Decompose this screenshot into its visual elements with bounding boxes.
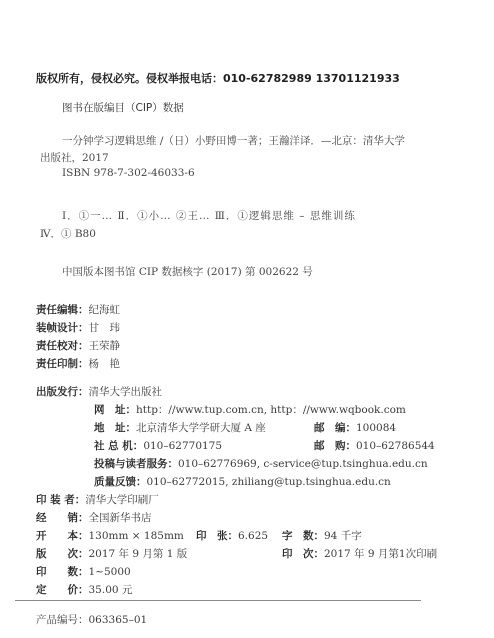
price-label: 定 价： (36, 584, 89, 596)
cip-title: 图书在版编目（CIP）数据 (62, 100, 184, 115)
cip-line-classification: Ⅳ．① B80 (40, 226, 96, 241)
staff-value: 纪海虹 (89, 304, 121, 316)
product-code: 产品编号：063365–01 (36, 612, 147, 627)
staff-label: 责任校对： (36, 340, 89, 352)
words-value: 94 千字 (324, 530, 362, 542)
staff-label: 责任印制： (36, 358, 89, 370)
sheets-row: 印 张：6.625 (196, 528, 268, 543)
print-run-label: 印 数： (36, 566, 89, 578)
switchboard-value: 010–62770175 (143, 440, 222, 452)
publisher-label: 出版发行： (36, 386, 89, 398)
distributor-row: 经 销：全国新华书店 (36, 510, 152, 525)
address-row: 地 址：北京清华大学学研大厦 A 座 (94, 420, 266, 435)
website-link[interactable]: http：//www.tup.com.cn, http：//www.wqbook… (136, 404, 406, 416)
service-value[interactable]: 010–62776969, c-service@tup.tsinghua.edu… (178, 458, 428, 470)
mailorder-value: 010–62786544 (356, 440, 435, 452)
staff-editor: 责任编辑：纪海虹 (36, 302, 120, 317)
feedback-value[interactable]: 010–62772015, zhiliang@tup.tsinghua.edu.… (147, 476, 391, 488)
print-run-value: 1~5000 (89, 566, 131, 578)
edition-value: 2017 年 9 月第 1 版 (89, 548, 188, 560)
cip-line-subjects: Ⅰ．①一… Ⅱ．①小… ②王… Ⅲ．①逻辑思维 – 思维训练 (62, 208, 356, 223)
impression-value: 2017 年 9 月第1次印刷 (324, 548, 437, 560)
copyright-notice: 版权所有，侵权必究。侵权举报电话：010-62782989 1370112193… (36, 70, 400, 86)
format-row: 开 本：130mm × 185mm (36, 528, 184, 543)
staff-proofreader: 责任校对：王荣静 (36, 338, 120, 353)
printer-value: 清华大学印刷厂 (85, 494, 159, 506)
impression-row: 印 次：2017 年 9 月第1次印刷 (282, 546, 437, 561)
staff-value: 杨 艳 (89, 358, 121, 370)
sheets-label: 印 张： (196, 530, 238, 542)
staff-printing-supervisor: 责任印制：杨 艳 (36, 356, 120, 371)
format-label: 开 本： (36, 530, 89, 542)
cip-line-title: 一分钟学习逻辑思维 /（日）小野田博一著；王瀚洋译．—北京：清华大学 (62, 133, 405, 148)
edition-row: 版 次：2017 年 9 月第 1 版 (36, 546, 187, 561)
staff-designer: 装帧设计：甘 玮 (36, 320, 120, 335)
words-label: 字 数： (282, 530, 324, 542)
cip-line-record-number: 中国版本图书馆 CIP 数据核字 (2017) 第 002622 号 (62, 264, 313, 279)
address-value: 北京清华大学学研大厦 A 座 (136, 422, 266, 434)
service-label: 投稿与读者服务： (94, 458, 178, 470)
publisher-value: 清华大学出版社 (89, 386, 163, 398)
cip-line-isbn: ISBN 978-7-302-46033-6 (62, 167, 195, 179)
website-label: 网 址： (94, 404, 136, 416)
impression-label: 印 次： (282, 548, 324, 560)
printer-row: 印 装 者：清华大学印刷厂 (36, 492, 159, 507)
reader-service-row: 投稿与读者服务：010–62776969, c-service@tup.tsin… (94, 456, 428, 471)
postcode-row: 邮 编：100084 (314, 420, 396, 435)
words-row: 字 数：94 千字 (282, 528, 362, 543)
mailorder-label: 邮 购： (314, 440, 356, 452)
footer-divider (15, 600, 421, 601)
switchboard-label: 社 总 机： (94, 440, 143, 452)
distributor-label: 经 销： (36, 512, 89, 524)
staff-label: 责任编辑： (36, 304, 89, 316)
postcode-label: 邮 编： (314, 422, 356, 434)
staff-label: 装帧设计： (36, 322, 89, 334)
mailorder-row: 邮 购：010–62786544 (314, 438, 435, 453)
publisher-row: 出版发行：清华大学出版社 (36, 384, 162, 399)
printer-label: 印 装 者： (36, 494, 85, 506)
sheets-value: 6.625 (238, 530, 268, 542)
switchboard-row: 社 总 机：010–62770175 (94, 438, 222, 453)
price-value: 35.00 元 (89, 584, 133, 596)
edition-label: 版 次： (36, 548, 89, 560)
print-run-row: 印 数：1~5000 (36, 564, 131, 579)
format-value: 130mm × 185mm (89, 530, 184, 542)
postcode-value: 100084 (356, 422, 396, 434)
staff-value: 王荣静 (89, 340, 121, 352)
staff-value: 甘 玮 (89, 322, 121, 334)
price-row: 定 价：35.00 元 (36, 582, 132, 597)
distributor-value: 全国新华书店 (89, 512, 152, 524)
feedback-label: 质量反馈： (94, 476, 147, 488)
quality-feedback-row: 质量反馈：010–62772015, zhiliang@tup.tsinghua… (94, 474, 391, 489)
website-row: 网 址：http：//www.tup.com.cn, http：//www.wq… (94, 402, 406, 417)
cip-line-publisher: 出版社，2017 (40, 150, 109, 165)
address-label: 地 址： (94, 422, 136, 434)
